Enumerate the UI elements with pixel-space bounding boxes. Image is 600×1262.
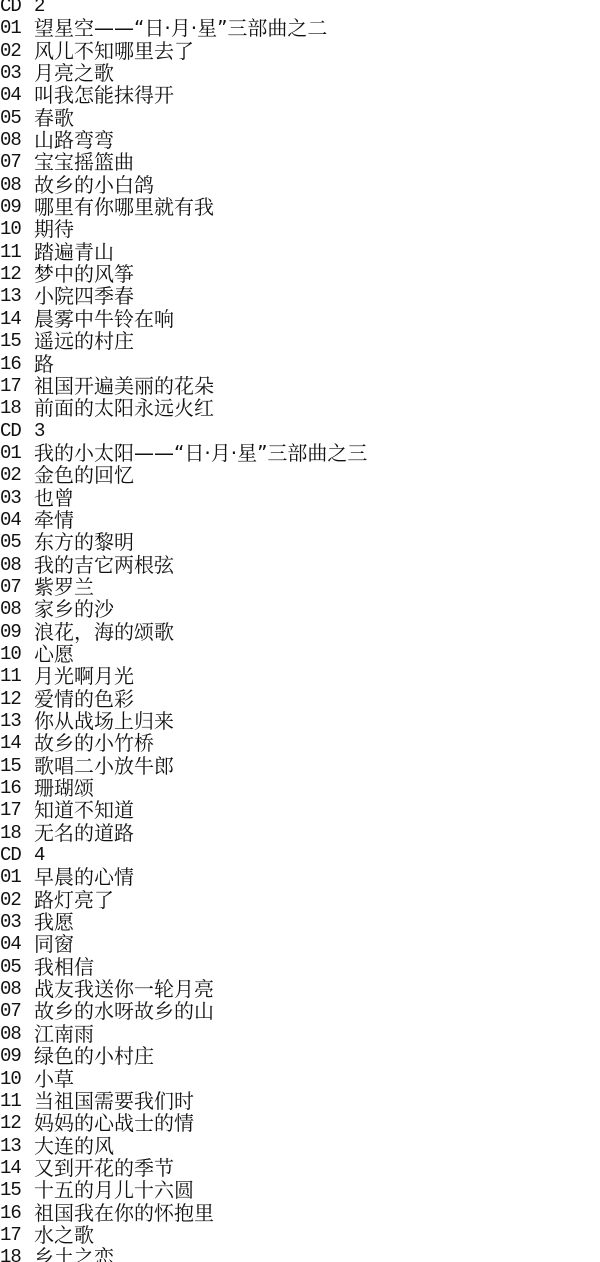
track-number: 01 — [0, 17, 34, 39]
track-number: 18 — [0, 397, 34, 419]
track-title: 哪里有你哪里就有我 — [34, 196, 214, 218]
track-title: 风儿不知哪里去了 — [34, 40, 194, 62]
track-number: 08 — [0, 1023, 34, 1045]
track-row: 11月光啊月光 — [0, 665, 600, 687]
track-number: 13 — [0, 710, 34, 732]
track-row: 02金色的回忆 — [0, 464, 600, 486]
track-title: 金色的回忆 — [34, 464, 134, 486]
track-row: 11踏遍青山 — [0, 241, 600, 263]
track-row: 03也曾 — [0, 487, 600, 509]
track-number: 04 — [0, 84, 34, 106]
track-title: 踏遍青山 — [34, 241, 114, 263]
track-title: 月光啊月光 — [34, 665, 134, 687]
track-row: 13你从战场上归来 — [0, 710, 600, 732]
track-row: 08山路弯弯 — [0, 129, 600, 151]
track-row: 05我相信 — [0, 956, 600, 978]
track-row: 02路灯亮了 — [0, 889, 600, 911]
track-listing: CD2 01望星空——“日·月·星”三部曲之二 02风儿不知哪里去了 03月亮之… — [0, 0, 600, 1262]
track-row: 07宝宝摇篮曲 — [0, 151, 600, 173]
track-title: 故乡的水呀故乡的山 — [34, 1000, 214, 1022]
track-row: 04同窗 — [0, 933, 600, 955]
track-number: 02 — [0, 464, 34, 486]
track-row: 18前面的太阳永远火红 — [0, 397, 600, 419]
track-row: 09绿色的小村庄 — [0, 1045, 600, 1067]
track-title: 山路弯弯 — [34, 129, 114, 151]
track-number: 05 — [0, 107, 34, 129]
track-title: 我的小太阳——“日·月·星”三部曲之三 — [34, 442, 367, 464]
disc-header: CD4 — [0, 844, 600, 866]
track-row: 08我的吉它两根弦 — [0, 554, 600, 576]
track-row: 03月亮之歌 — [0, 62, 600, 84]
track-row: 09哪里有你哪里就有我 — [0, 196, 600, 218]
track-title: 珊瑚颂 — [34, 777, 94, 799]
track-title: 乡土之恋 — [34, 1246, 114, 1262]
track-row: 04牵情 — [0, 509, 600, 531]
track-row: 13大连的风 — [0, 1135, 600, 1157]
track-title: 江南雨 — [34, 1023, 94, 1045]
track-row: 01我的小太阳——“日·月·星”三部曲之三 — [0, 442, 600, 464]
track-number: 16 — [0, 777, 34, 799]
track-title: 小院四季春 — [34, 285, 134, 307]
track-number: 08 — [0, 554, 34, 576]
track-title: 紫罗兰 — [34, 576, 94, 598]
track-number: 12 — [0, 263, 34, 285]
track-row: 04叫我怎能抹得开 — [0, 84, 600, 106]
track-row: 09浪花，海的颂歌 — [0, 621, 600, 643]
track-title: 我相信 — [34, 956, 94, 978]
track-number: 12 — [0, 1112, 34, 1134]
track-number: 07 — [0, 1000, 34, 1022]
track-row: 01早晨的心情 — [0, 866, 600, 888]
track-number: 14 — [0, 1157, 34, 1179]
track-number: 10 — [0, 1068, 34, 1090]
track-number: 04 — [0, 933, 34, 955]
track-title: 水之歌 — [34, 1224, 94, 1246]
track-row: 18乡土之恋 — [0, 1246, 600, 1262]
track-number: 15 — [0, 755, 34, 777]
track-number: 03 — [0, 911, 34, 933]
track-title: 早晨的心情 — [34, 866, 134, 888]
track-number: 12 — [0, 688, 34, 710]
track-number: 04 — [0, 509, 34, 531]
track-title: 你从战场上归来 — [34, 710, 174, 732]
track-title: 祖国我在你的怀抱里 — [34, 1202, 214, 1224]
track-number: 15 — [0, 1179, 34, 1201]
track-number: 11 — [0, 665, 34, 687]
track-row: 03我愿 — [0, 911, 600, 933]
track-number: 14 — [0, 308, 34, 330]
track-title: 十五的月儿十六圆 — [34, 1179, 194, 1201]
track-title: 浪花，海的颂歌 — [34, 621, 174, 643]
track-row: 17祖国开遍美丽的花朵 — [0, 375, 600, 397]
track-number: 11 — [0, 241, 34, 263]
track-row: 13小院四季春 — [0, 285, 600, 307]
track-title: 大连的风 — [34, 1135, 114, 1157]
track-number: 08 — [0, 129, 34, 151]
track-number: 09 — [0, 1045, 34, 1067]
track-title: 无名的道路 — [34, 822, 134, 844]
track-number: 13 — [0, 285, 34, 307]
track-number: 07 — [0, 151, 34, 173]
track-title: 心愿 — [34, 643, 74, 665]
disc-number: 4 — [34, 844, 45, 866]
track-number: 10 — [0, 643, 34, 665]
track-row: 05东方的黎明 — [0, 531, 600, 553]
track-title: 月亮之歌 — [34, 62, 114, 84]
track-number: 18 — [0, 822, 34, 844]
track-title: 小草 — [34, 1068, 74, 1090]
disc-header: CD2 — [0, 0, 600, 17]
track-row: 17知道不知道 — [0, 799, 600, 821]
track-number: 05 — [0, 956, 34, 978]
track-row: 08江南雨 — [0, 1023, 600, 1045]
track-number: 03 — [0, 62, 34, 84]
track-title: 牵情 — [34, 509, 74, 531]
track-title: 梦中的风筝 — [34, 263, 134, 285]
track-title: 路灯亮了 — [34, 889, 114, 911]
track-title: 期待 — [34, 218, 74, 240]
track-title: 东方的黎明 — [34, 531, 134, 553]
track-row: 12梦中的风筝 — [0, 263, 600, 285]
track-title: 也曾 — [34, 487, 74, 509]
track-title: 同窗 — [34, 933, 74, 955]
track-row: 15十五的月儿十六圆 — [0, 1179, 600, 1201]
track-title: 故乡的小竹桥 — [34, 732, 154, 754]
track-title: 晨雾中牛铃在响 — [34, 308, 174, 330]
track-number: 02 — [0, 889, 34, 911]
track-title: 叫我怎能抹得开 — [34, 84, 174, 106]
track-row: 08家乡的沙 — [0, 598, 600, 620]
track-title: 绿色的小村庄 — [34, 1045, 154, 1067]
track-title: 歌唱二小放牛郎 — [34, 755, 174, 777]
track-number: 07 — [0, 576, 34, 598]
track-row: 14晨雾中牛铃在响 — [0, 308, 600, 330]
track-number: 11 — [0, 1090, 34, 1112]
track-row: 05春歌 — [0, 107, 600, 129]
track-row: 14又到开花的季节 — [0, 1157, 600, 1179]
track-row: 16路 — [0, 353, 600, 375]
track-number: 09 — [0, 196, 34, 218]
track-number: 01 — [0, 866, 34, 888]
track-row: 10心愿 — [0, 643, 600, 665]
track-title: 又到开花的季节 — [34, 1157, 174, 1179]
track-title: 望星空——“日·月·星”三部曲之二 — [34, 17, 327, 39]
track-number: 17 — [0, 1224, 34, 1246]
disc-label: CD — [0, 420, 34, 442]
track-number: 08 — [0, 978, 34, 1000]
disc-number: 3 — [34, 420, 45, 442]
track-title: 前面的太阳永远火红 — [34, 397, 214, 419]
track-row: 08战友我送你一轮月亮 — [0, 978, 600, 1000]
track-row: 01望星空——“日·月·星”三部曲之二 — [0, 17, 600, 39]
disc-label: CD — [0, 0, 34, 17]
track-number: 03 — [0, 487, 34, 509]
track-number: 18 — [0, 1246, 34, 1262]
track-number: 13 — [0, 1135, 34, 1157]
track-number: 10 — [0, 218, 34, 240]
track-row: 12妈妈的心战士的情 — [0, 1112, 600, 1134]
track-number: 09 — [0, 621, 34, 643]
track-row: 07故乡的水呀故乡的山 — [0, 1000, 600, 1022]
track-number: 16 — [0, 353, 34, 375]
track-title: 路 — [34, 353, 54, 375]
track-row: 18无名的道路 — [0, 822, 600, 844]
track-row: 14故乡的小竹桥 — [0, 732, 600, 754]
disc-header: CD3 — [0, 420, 600, 442]
track-row: 15遥远的村庄 — [0, 330, 600, 352]
track-title: 当祖国需要我们时 — [34, 1090, 194, 1112]
disc-label: CD — [0, 844, 34, 866]
track-title: 春歌 — [34, 107, 74, 129]
track-title: 妈妈的心战士的情 — [34, 1112, 194, 1134]
track-number: 01 — [0, 442, 34, 464]
track-row: 07紫罗兰 — [0, 576, 600, 598]
track-title: 我的吉它两根弦 — [34, 554, 174, 576]
track-number: 08 — [0, 174, 34, 196]
track-row: 12爱情的色彩 — [0, 688, 600, 710]
track-number: 15 — [0, 330, 34, 352]
track-title: 爱情的色彩 — [34, 688, 134, 710]
track-row: 17水之歌 — [0, 1224, 600, 1246]
track-title: 宝宝摇篮曲 — [34, 151, 134, 173]
track-number: 17 — [0, 799, 34, 821]
track-number: 02 — [0, 40, 34, 62]
track-title: 遥远的村庄 — [34, 330, 134, 352]
track-number: 17 — [0, 375, 34, 397]
track-title: 祖国开遍美丽的花朵 — [34, 375, 214, 397]
track-title: 战友我送你一轮月亮 — [34, 978, 214, 1000]
track-title: 故乡的小白鸽 — [34, 174, 154, 196]
track-number: 14 — [0, 732, 34, 754]
track-row: 15歌唱二小放牛郎 — [0, 755, 600, 777]
track-number: 08 — [0, 598, 34, 620]
track-row: 10小草 — [0, 1068, 600, 1090]
track-row: 11当祖国需要我们时 — [0, 1090, 600, 1112]
track-number: 16 — [0, 1202, 34, 1224]
track-row: 10期待 — [0, 218, 600, 240]
track-title: 家乡的沙 — [34, 598, 114, 620]
track-title: 我愿 — [34, 911, 74, 933]
disc-number: 2 — [34, 0, 45, 17]
track-row: 02风儿不知哪里去了 — [0, 40, 600, 62]
track-row: 16祖国我在你的怀抱里 — [0, 1202, 600, 1224]
track-row: 16珊瑚颂 — [0, 777, 600, 799]
track-title: 知道不知道 — [34, 799, 134, 821]
track-row: 08故乡的小白鸽 — [0, 174, 600, 196]
track-number: 05 — [0, 531, 34, 553]
